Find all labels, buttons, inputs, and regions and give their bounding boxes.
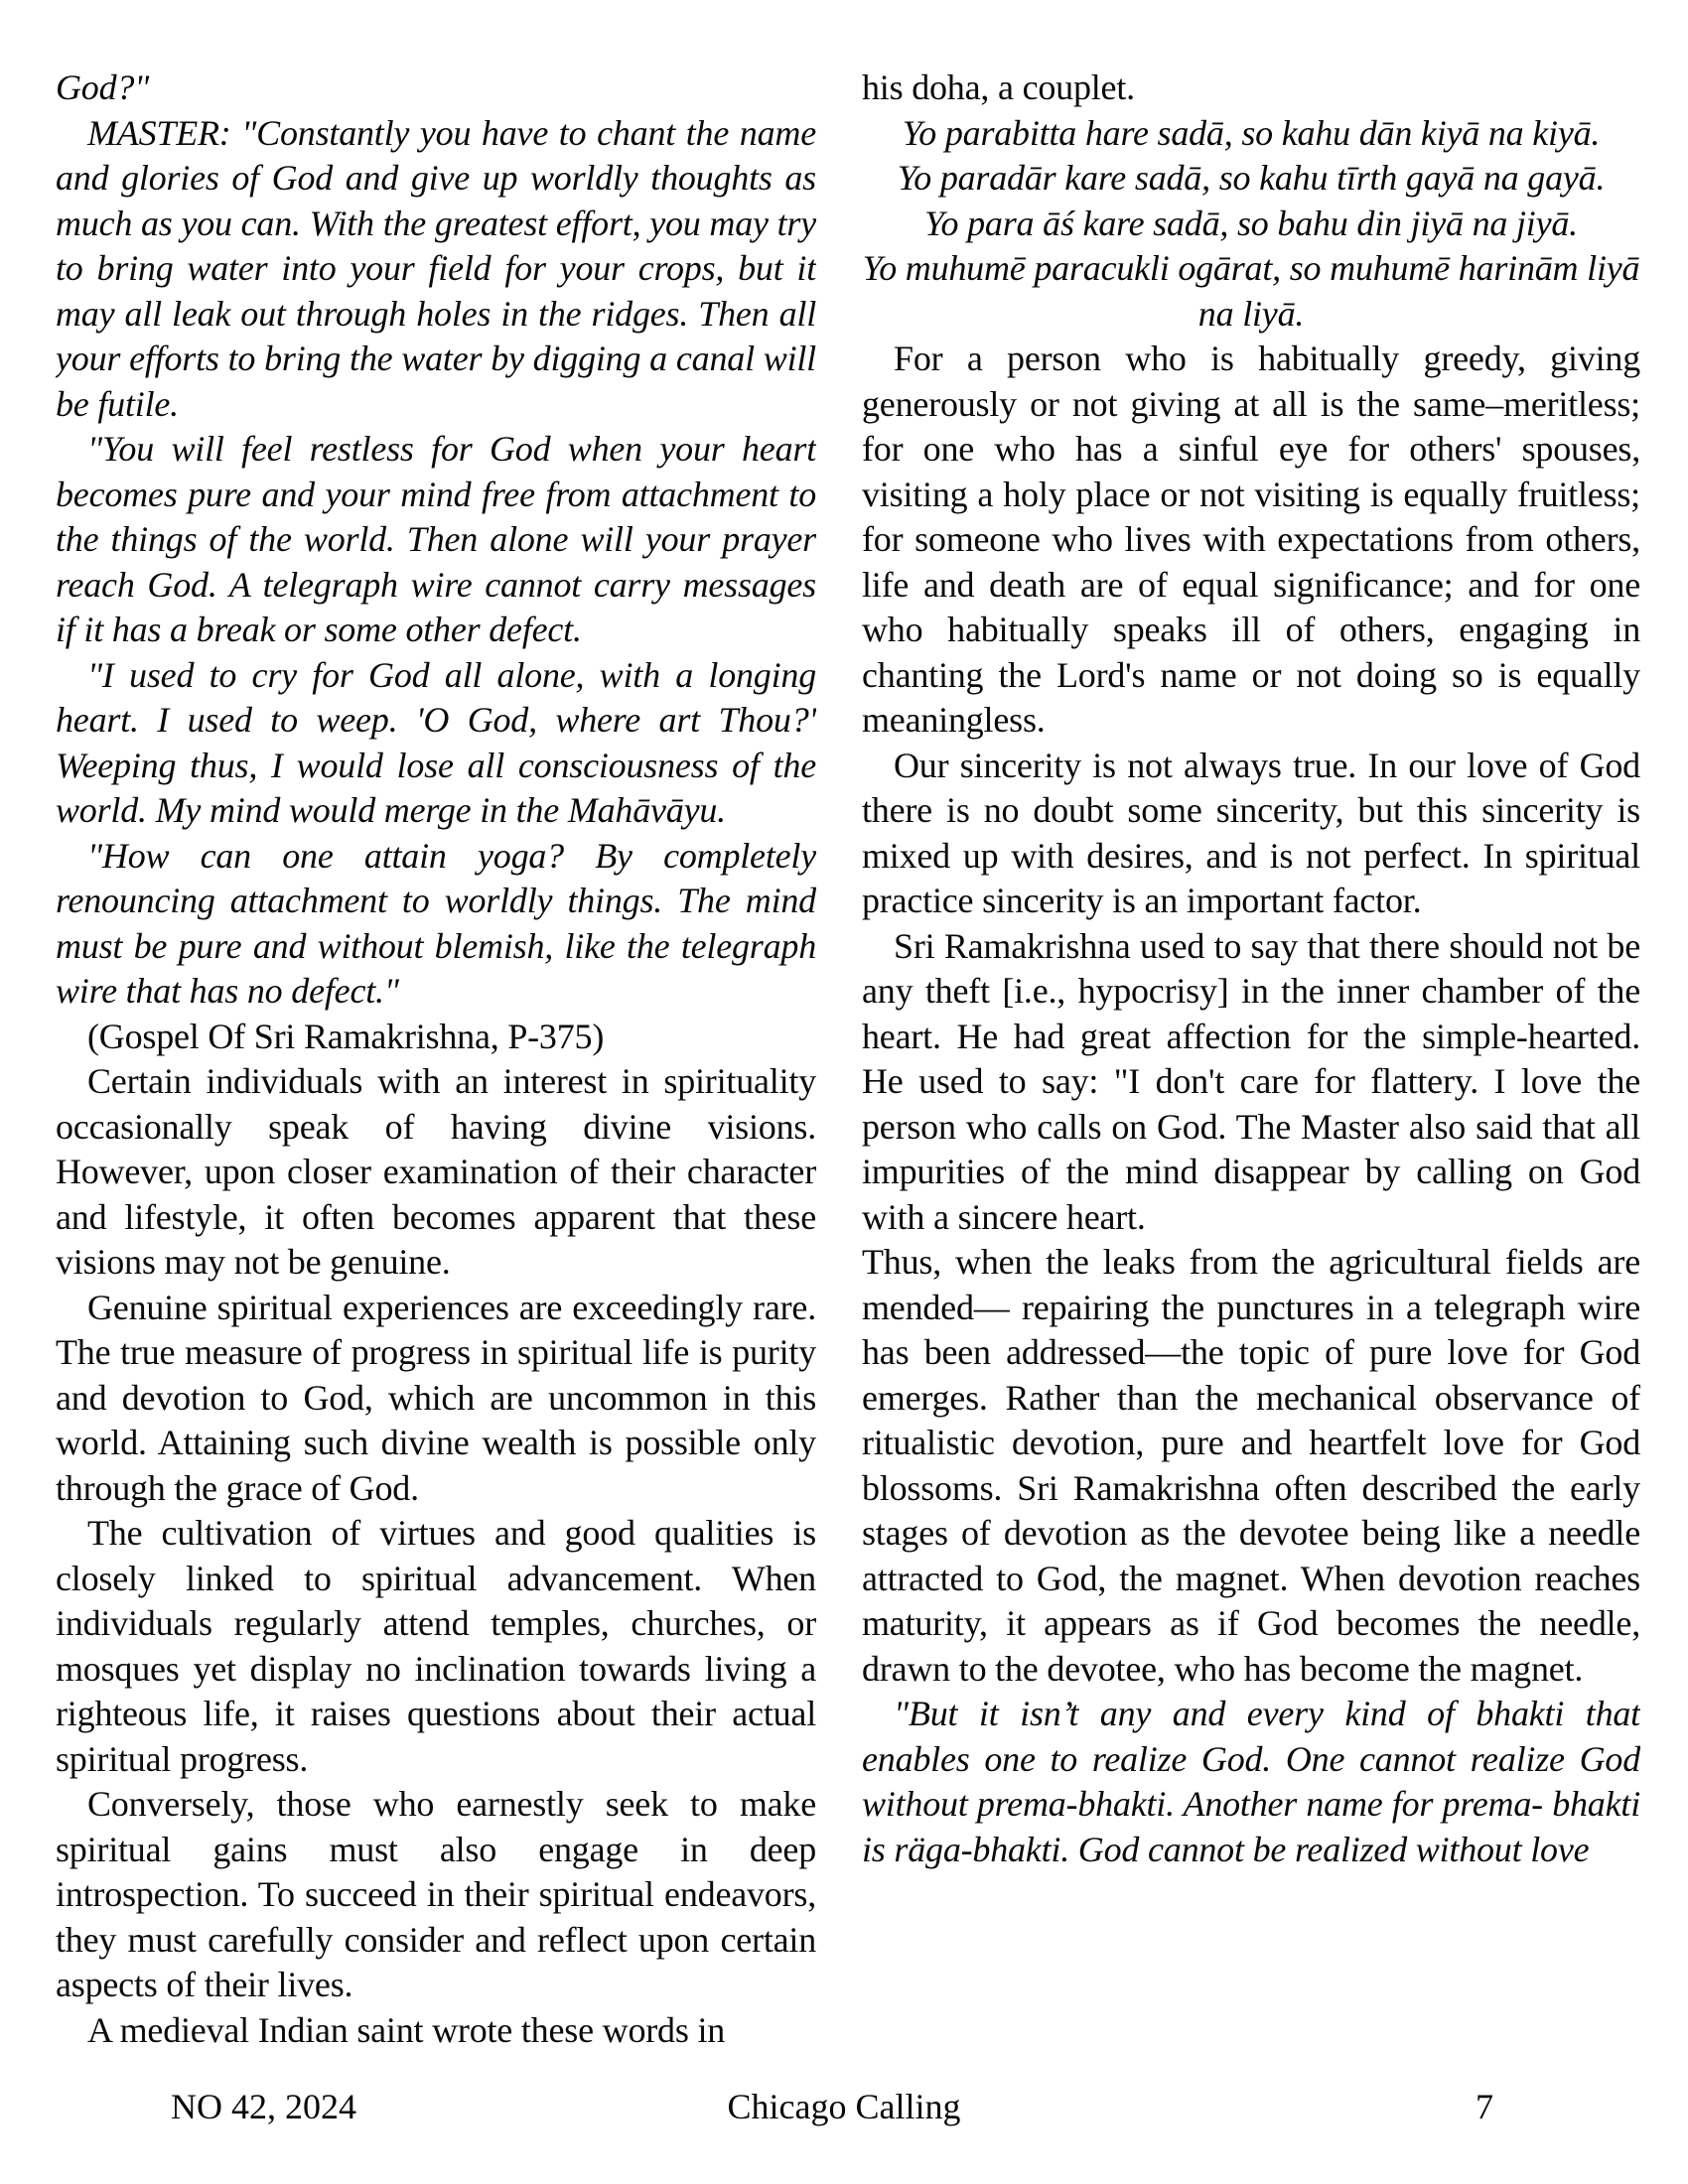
paragraph: Our sincerity is not always true. In our…: [862, 744, 1640, 924]
footer-page-number: 7: [1476, 2083, 1493, 2130]
text-columns: God?"MASTER: "Constantly you have to cha…: [0, 0, 1688, 2061]
paragraph: "But it isn’t any and every kind of bhak…: [862, 1692, 1640, 1872]
paragraph: God?": [56, 66, 816, 111]
doha-line: Yo para āś kare sadā, so bahu din jiyā n…: [862, 202, 1640, 247]
footer-issue-number: NO 42, 2024: [171, 2083, 356, 2130]
paragraph: (Gospel Of Sri Ramakrishna, P-375): [56, 1015, 816, 1060]
magazine-page: God?"MASTER: "Constantly you have to cha…: [0, 0, 1688, 2184]
paragraph: "How can one attain yoga? By completely …: [56, 834, 816, 1015]
doha-line: Yo parabitta hare sadā, so kahu dān kiyā…: [862, 111, 1640, 157]
paragraph: "I used to cry for God all alone, with a…: [56, 653, 816, 834]
doha-line: Yo paradār kare sadā, so kahu tīrth gayā…: [862, 156, 1640, 202]
footer-publication-title: Chicago Calling: [728, 2083, 961, 2130]
right-column: his doha, a couplet.Yo parabitta hare sa…: [862, 66, 1640, 2061]
paragraph: For a person who is habitually greedy, g…: [862, 337, 1640, 744]
paragraph: Sri Ramakrishna used to say that there s…: [862, 924, 1640, 1241]
doha-line: Yo muhumē paracukli ogārat, so muhumē ha…: [862, 246, 1640, 337]
paragraph: A medieval Indian saint wrote these word…: [56, 2008, 816, 2054]
paragraph: Conversely, those who earnestly seek to …: [56, 1782, 816, 2008]
paragraph: Genuine spiritual experiences are exceed…: [56, 1286, 816, 1512]
left-column: God?"MASTER: "Constantly you have to cha…: [56, 66, 816, 2061]
paragraph: The cultivation of virtues and good qual…: [56, 1511, 816, 1782]
paragraph: MASTER: "Constantly you have to chant th…: [56, 111, 816, 428]
paragraph: his doha, a couplet.: [862, 66, 1640, 111]
paragraph: "You will feel restless for God when you…: [56, 427, 816, 653]
paragraph: Thus, when the leaks from the agricultur…: [862, 1240, 1640, 1692]
page-footer: NO 42, 2024 Chicago Calling 7: [0, 2083, 1688, 2142]
paragraph: Certain individuals with an interest in …: [56, 1059, 816, 1286]
